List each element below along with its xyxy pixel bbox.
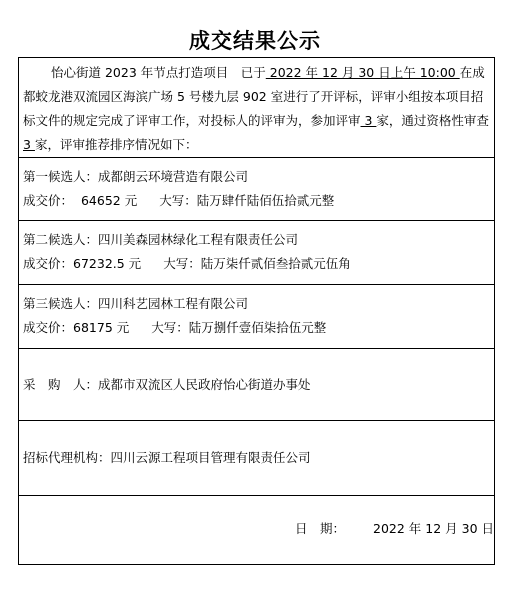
candidate-name: 四川科艺园林工程有限公司 [98, 296, 248, 311]
participants-count: 3 [361, 113, 377, 128]
page-title: 成交结果公示 [0, 28, 510, 54]
candidate-label: 第二候选人： [23, 232, 98, 247]
upper-value: 陆万肆仟陆佰伍拾贰元整 [197, 193, 335, 208]
qualified-count: 3 [23, 137, 35, 152]
price-value: 68175 元 [73, 320, 129, 335]
candidate-row-2: 第二候选人：四川美森园林绿化工程有限责任公司 成交价：67232.5 元大写：陆… [19, 221, 494, 285]
candidate-price-line: 成交价： 64652 元大写：陆万肆仟陆佰伍拾贰元整 [19, 189, 494, 213]
result-table: 怡心街道 2023 年节点打造项目 已于 2022 年 12 月 30 日上午 … [18, 57, 495, 565]
purchaser-line: 采 购 人：成都市双流区人民政府怡心街道办事处 [19, 373, 311, 397]
candidate-row-3: 第三候选人：四川科艺园林工程有限公司 成交价：68175 元大写：陆万捌仟壹佰柒… [19, 285, 494, 349]
candidate-price-line: 成交价：68175 元大写：陆万捌仟壹佰柒拾伍元整 [19, 316, 494, 340]
upper-label: 大写： [159, 193, 197, 208]
candidate-price-line: 成交价：67232.5 元大写：陆万柒仟贰佰叁拾贰元伍角 [19, 252, 494, 276]
date-value: 2022 年 12 月 30 日 [373, 521, 494, 536]
candidate-row-1: 第一候选人：成都朗云环境营造有限公司 成交价： 64652 元大写：陆万肆仟陆佰… [19, 158, 494, 221]
upper-label: 大写： [151, 320, 189, 335]
price-label: 成交价： [23, 193, 73, 208]
date-label: 日 期： [295, 521, 345, 536]
purchaser-label: 采 购 人： [23, 377, 98, 392]
candidate-name-line: 第三候选人：四川科艺园林工程有限公司 [19, 292, 494, 316]
agency-label: 招标代理机构： [23, 450, 111, 465]
candidate-label: 第一候选人： [23, 169, 98, 184]
date-row: 日 期：2022 年 12 月 30 日 [19, 496, 494, 564]
upper-label: 大写： [163, 256, 201, 271]
purchaser-value: 成都市双流区人民政府怡心街道办事处 [98, 377, 311, 392]
agency-line: 招标代理机构：四川云源工程项目管理有限责任公司 [19, 446, 311, 470]
agency-row: 招标代理机构：四川云源工程项目管理有限责任公司 [19, 421, 494, 496]
intro-section: 怡心街道 2023 年节点打造项目 已于 2022 年 12 月 30 日上午 … [19, 58, 494, 158]
upper-value: 陆万柒仟贰佰叁拾贰元伍角 [201, 256, 351, 271]
purchaser-row: 采 购 人：成都市双流区人民政府怡心街道办事处 [19, 349, 494, 421]
upper-value: 陆万捌仟壹佰柒拾伍元整 [189, 320, 327, 335]
candidate-name-line: 第二候选人：四川美森园林绿化工程有限责任公司 [19, 228, 494, 252]
date-line: 日 期：2022 年 12 月 30 日 [295, 517, 494, 541]
candidate-label: 第三候选人： [23, 296, 98, 311]
intro-text-3: 家，通过资格性审查 [376, 113, 489, 128]
price-label: 成交价： [23, 256, 73, 271]
intro-text-4: 家，评审推荐排序情况如下： [35, 137, 198, 152]
price-value: 67232.5 元 [73, 256, 141, 271]
candidate-name: 四川美森园林绿化工程有限责任公司 [98, 232, 298, 247]
agency-value: 四川云源工程项目管理有限责任公司 [111, 450, 311, 465]
candidate-name: 成都朗云环境营造有限公司 [98, 169, 248, 184]
intro-text-1: 怡心街道 2023 年节点打造项目 已于 [51, 65, 266, 80]
price-label: 成交价： [23, 320, 73, 335]
price-value: 64652 元 [73, 193, 137, 208]
bid-datetime: 2022 年 12 月 30 日上午 10:00 [266, 65, 460, 80]
candidate-name-line: 第一候选人：成都朗云环境营造有限公司 [19, 165, 494, 189]
